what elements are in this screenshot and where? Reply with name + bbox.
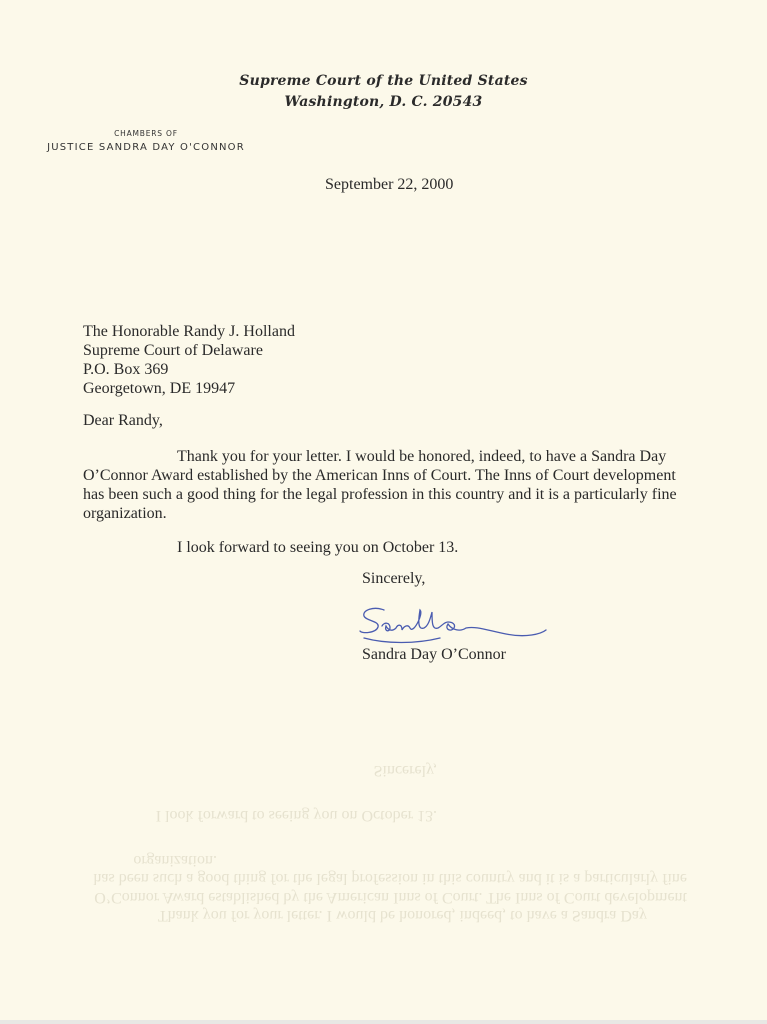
signature xyxy=(356,604,556,652)
bleed-line: I look forward to seeing you on October … xyxy=(156,806,437,824)
recipient-line: Georgetown, DE 19947 xyxy=(83,380,235,398)
bleed-line: Thank you for your letter. I would be ho… xyxy=(158,906,647,924)
bleed-line: organization. xyxy=(133,851,217,869)
body-line: O’Connor Award established by the Americ… xyxy=(83,466,683,485)
recipient-line: P.O. Box 369 xyxy=(83,361,168,379)
letter-page: Thank you for your letter. I would be ho… xyxy=(0,0,767,1020)
justice-name: JUSTICE SANDRA DAY O'CONNOR xyxy=(36,142,256,153)
chambers-label: CHAMBERS OF xyxy=(36,129,256,138)
salutation: Dear Randy, xyxy=(83,412,163,430)
body-paragraph-1: Thank you for your letter. I would be ho… xyxy=(83,447,683,523)
body-line: organization. xyxy=(83,504,683,523)
signer-name: Sandra Day O’Connor xyxy=(362,646,506,664)
bleed-line: Sincerely, xyxy=(374,761,437,779)
body-line: has been such a good thing for the legal… xyxy=(83,485,683,504)
body-line: Thank you for your letter. I would be ho… xyxy=(83,447,683,466)
recipient-line: Supreme Court of Delaware xyxy=(83,342,263,360)
recipient-line: The Honorable Randy J. Holland xyxy=(83,323,295,341)
letter-date: September 22, 2000 xyxy=(325,176,453,194)
bleed-line: has been such a good thing for the legal… xyxy=(93,869,687,887)
court-name: Supreme Court of the United States xyxy=(0,73,767,89)
body-paragraph-2: I look forward to seeing you on October … xyxy=(177,539,458,557)
closing: Sincerely, xyxy=(362,570,425,588)
court-address: Washington, D. C. 20543 xyxy=(0,94,767,110)
bleed-line: O’Connor Award established by the Americ… xyxy=(94,888,687,906)
page-bottom-edge xyxy=(0,1020,767,1024)
